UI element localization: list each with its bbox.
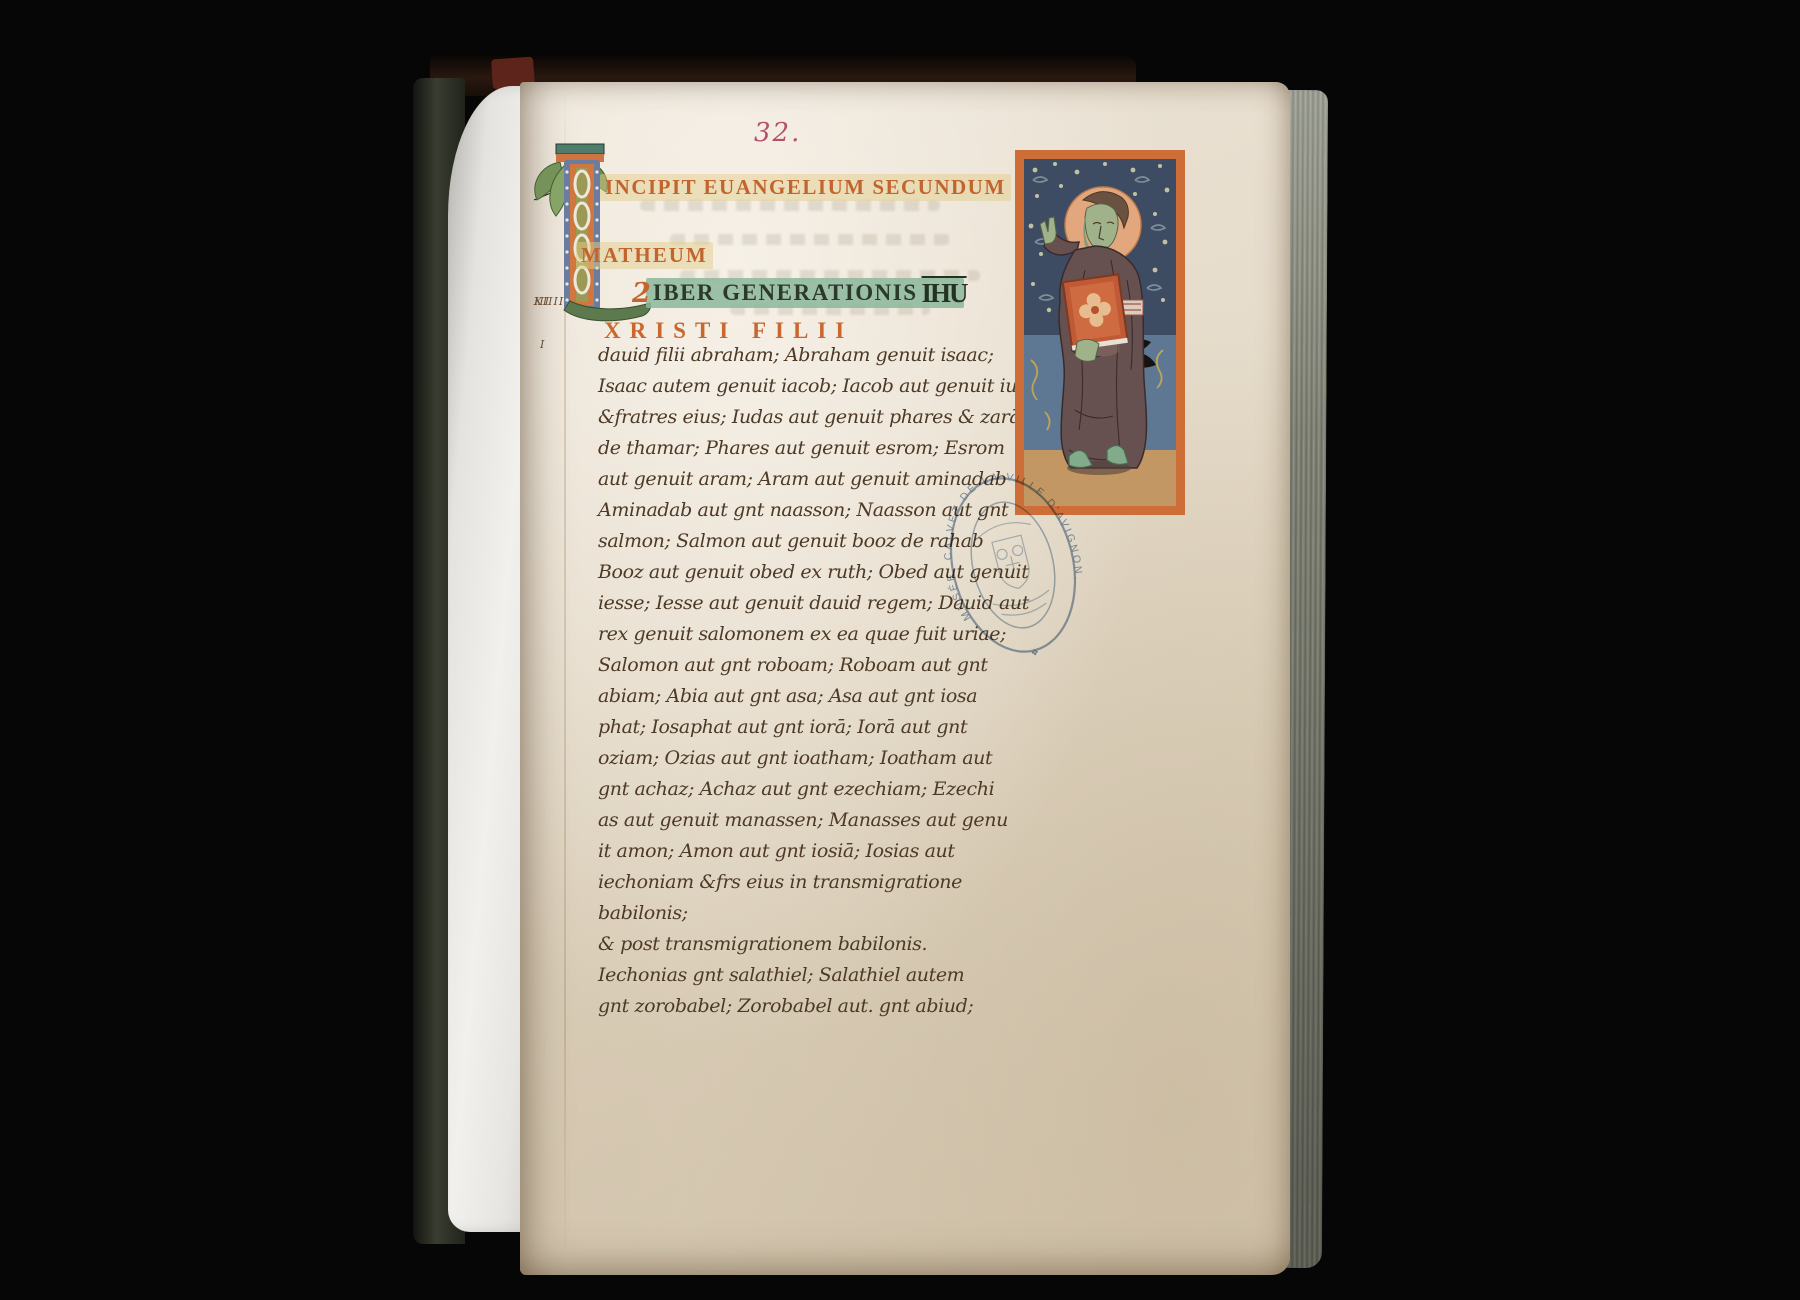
gospel-text-line: Iechonias gnt salathiel; Salathiel autem: [598, 960, 958, 991]
left-hand: [1075, 339, 1099, 361]
gospel-text-line: Isaac autem genuit iacob; Iacob aut genu…: [598, 371, 958, 402]
showthrough-text: [640, 200, 940, 211]
gospel-text-line: iesse; Iesse aut genuit dauid regem; Dau…: [598, 588, 958, 619]
orange-flourish: 2: [632, 278, 651, 309]
gospel-text-line: phat; Iosaphat aut gnt iorā; Iorā aut gn…: [598, 712, 958, 743]
svg-text:MUSÉE. CALVET DE LA VILLE D'AV: MUSÉE. CALVET DE LA VILLE D'AVIGNON.: [938, 460, 1088, 625]
gospel-text-line: it amon; Amon aut gnt iosiā; Iosias aut: [598, 836, 958, 867]
liber-generationis-text: IBER GENERATIONIS: [653, 280, 918, 306]
gospel-text-line: babilonis;: [598, 898, 958, 929]
yellow-highlight: INCIPIT EUANGELIUM SECUNDUM: [600, 174, 1011, 201]
initial-stem: [564, 160, 600, 310]
liber-generationis-line: 2 IBER GENERATIONIS IHU: [646, 278, 964, 308]
quire-mark: XIIII: [534, 296, 564, 308]
ihu-monogram: IHU: [922, 278, 967, 309]
gospel-text-line: Aminadab aut gnt naasson; Naasson aut gn…: [598, 495, 958, 526]
gospel-text-line: gnt achaz; Achaz aut gnt ezechiam; Ezech…: [598, 774, 958, 805]
gospel-text-line: as aut genuit manassen; Manasses aut gen…: [598, 805, 958, 836]
gospel-text-line: rex genuit salomonem ex ea quae fuit uri…: [598, 619, 958, 650]
gospel-text-line: gnt zorobabel; Zorobabel aut. gnt abiud;: [598, 991, 958, 1022]
gospel-text-line: & post transmigrationem babilonis.: [598, 929, 958, 960]
gospel-text-line: de thamar; Phares aut genuit esrom; Esro…: [598, 433, 958, 464]
yellow-highlight: MATHEUM: [576, 242, 713, 269]
manuscript-photo: 32.: [0, 0, 1800, 1300]
gospel-text-line: salmon; Salmon aut genuit booz de rahab: [598, 526, 958, 557]
gospel-text-line: oziam; Ozias aut gnt ioatham; Ioatham au…: [598, 743, 958, 774]
gospel-text-block: dauid filii abraham; Abraham genuit isaa…: [598, 340, 958, 1022]
gospel-text-line: Booz aut genuit obed ex ruth; Obed aut g…: [598, 557, 958, 588]
initial-cap: [556, 144, 604, 154]
gospel-text-line: aut genuit aram; Aram aut genuit aminada…: [598, 464, 958, 495]
library-stamp: MUSÉE. CALVET DE LA VILLE D'AVIGNON. ❖: [938, 460, 1088, 670]
gospel-text-line: Salomon aut gnt roboam; Roboam aut gnt: [598, 650, 958, 681]
gospel-book: [1063, 274, 1128, 350]
coat-of-arms: [975, 517, 1054, 620]
margin-quire-mark-single: I: [540, 338, 544, 351]
gospel-text-line: dauid filii abraham; Abraham genuit isaa…: [598, 340, 958, 371]
gospel-text-line: abiam; Abia aut gnt asa; Asa aut gnt ios…: [598, 681, 958, 712]
gospel-text-line: iechoniam &frs eius in transmigratione: [598, 867, 958, 898]
gospel-text-line: &fratres eius; Iudas aut genuit phares &…: [598, 402, 958, 433]
folio-number: 32.: [754, 118, 801, 148]
parchment-page: 32.: [520, 82, 1290, 1275]
